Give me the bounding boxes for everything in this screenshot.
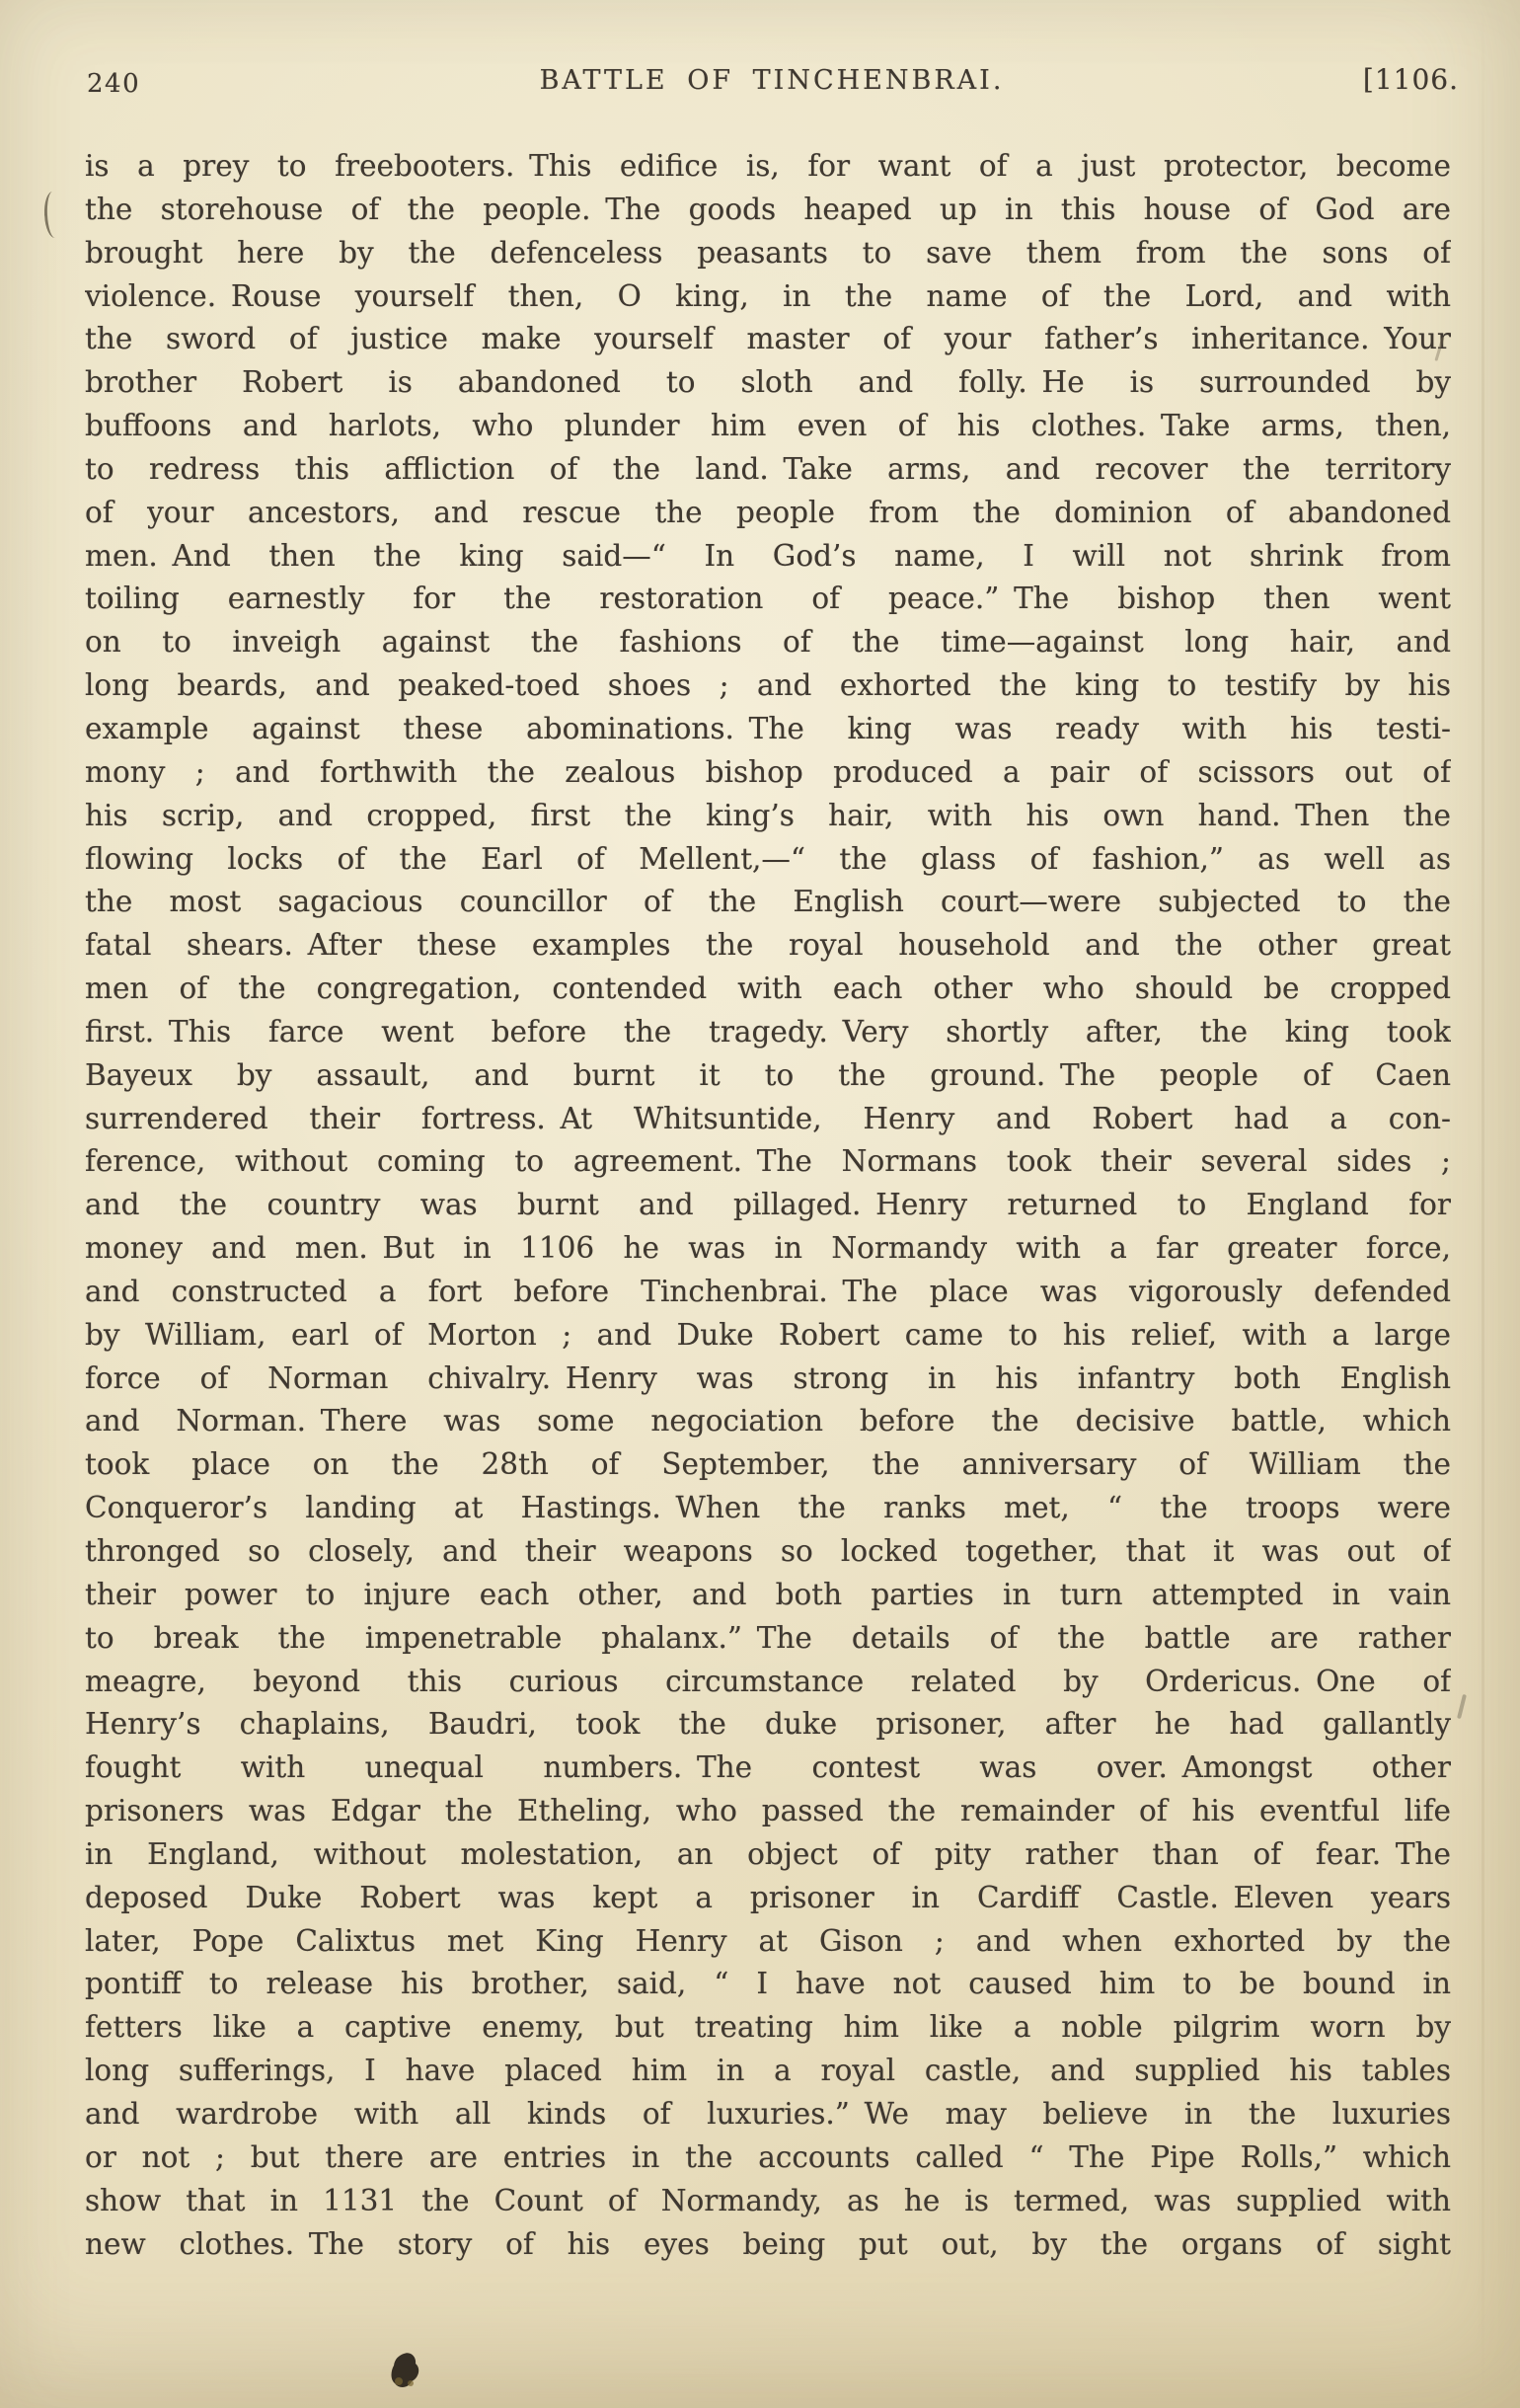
- text-line: took place on the 28th of September, the…: [85, 1443, 1451, 1487]
- text-line: long beards, and peaked-toed shoes ; and…: [85, 664, 1451, 708]
- running-title: BATTLE OF TINCHENBRAI.: [85, 65, 1459, 96]
- text-line: and Norman. There was some negociation b…: [85, 1400, 1451, 1443]
- text-line: in England, without molestation, an obje…: [85, 1833, 1451, 1877]
- text-line: violence. Rouse yourself then, O king, i…: [85, 275, 1451, 319]
- text-line: ference, without coming to agreement. Th…: [85, 1140, 1451, 1184]
- page-edge-crease: [1482, 0, 1484, 2408]
- margin-year: [1106.: [1363, 63, 1459, 96]
- text-line: example against these abominations. The …: [85, 708, 1451, 751]
- text-line: and the country was burnt and pillaged. …: [85, 1184, 1451, 1227]
- text-line: force of Norman chivalry. Henry was stro…: [85, 1358, 1451, 1401]
- text-line: pontiff to release his brother, said, “ …: [85, 1963, 1451, 2006]
- text-line: mony ; and forthwith the zealous bishop …: [85, 751, 1451, 795]
- text-line: fought with unequal numbers. The contest…: [85, 1747, 1451, 1790]
- text-line: toiling earnestly for the restoration of…: [85, 578, 1451, 621]
- pencil-mark-icon: [43, 192, 64, 239]
- text-line: to redress this affliction of the land. …: [85, 448, 1451, 492]
- text-line: on to inveigh against the fashions of th…: [85, 621, 1451, 664]
- page-header: 240 BATTLE OF TINCHENBRAI. [1106.: [85, 63, 1459, 103]
- text-line: surrendered their fortress. At Whitsunti…: [85, 1098, 1451, 1141]
- body-text: is a prey to freebooters. This edifice i…: [85, 145, 1451, 2266]
- text-line: long sufferings, I have placed him in a …: [85, 2050, 1451, 2093]
- text-line: or not ; but there are entries in the ac…: [85, 2136, 1451, 2180]
- text-line: flowing locks of the Earl of Mellent,—“ …: [85, 838, 1451, 882]
- book-page: 240 BATTLE OF TINCHENBRAI. [1106. is a p…: [0, 0, 1520, 2408]
- text-line: brother Robert is abandoned to sloth and…: [85, 361, 1451, 405]
- text-line: meagre, beyond this curious circumstance…: [85, 1661, 1451, 1704]
- text-line: to break the impenetrable phalanx.” The …: [85, 1617, 1451, 1661]
- text-line: his scrip, and cropped, first the king’s…: [85, 795, 1451, 838]
- text-line: the sword of justice make yourself maste…: [85, 318, 1451, 361]
- text-line: deposed Duke Robert was kept a prisoner …: [85, 1877, 1451, 1920]
- text-line: of your ancestors, and rescue the people…: [85, 492, 1451, 535]
- text-line: fatal shears. After these examples the r…: [85, 924, 1451, 968]
- text-line: fetters like a captive enemy, but treati…: [85, 2006, 1451, 2050]
- text-line: men. And then the king said—“ In God’s n…: [85, 535, 1451, 579]
- ink-blot-icon: [389, 2351, 422, 2392]
- text-line: is a prey to freebooters. This edifice i…: [85, 145, 1451, 189]
- text-line: their power to injure each other, and bo…: [85, 1574, 1451, 1617]
- text-line: show that in 1131 the Count of Normandy,…: [85, 2180, 1451, 2223]
- text-line: Bayeux by assault, and burnt it to the g…: [85, 1054, 1451, 1098]
- text-line: by William, earl of Morton ; and Duke Ro…: [85, 1314, 1451, 1358]
- text-line: later, Pope Calixtus met King Henry at G…: [85, 1920, 1451, 1964]
- text-line: brought here by the defenceless peasants…: [85, 232, 1451, 275]
- text-line: men of the congregation, contended with …: [85, 968, 1451, 1011]
- text-line: and constructed a fort before Tinchenbra…: [85, 1271, 1451, 1314]
- text-line: buffoons and harlots, who plunder him ev…: [85, 405, 1451, 448]
- text-line: new clothes. The story of his eyes being…: [85, 2223, 1451, 2267]
- text-line: Henry’s chaplains, Baudri, took the duke…: [85, 1703, 1451, 1747]
- pencil-dash-icon: [1457, 1694, 1467, 1719]
- text-line: the most sagacious councillor of the Eng…: [85, 881, 1451, 924]
- text-line: thronged so closely, and their weapons s…: [85, 1530, 1451, 1574]
- text-line: money and men. But in 1106 he was in Nor…: [85, 1227, 1451, 1271]
- text-line: first. This farce went before the traged…: [85, 1011, 1451, 1054]
- text-line: prisoners was Edgar the Etheling, who pa…: [85, 1790, 1451, 1833]
- text-line: and wardrobe with all kinds of luxuries.…: [85, 2093, 1451, 2136]
- text-line: Conqueror’s landing at Hastings. When th…: [85, 1487, 1451, 1530]
- text-line: the storehouse of the people. The goods …: [85, 189, 1451, 232]
